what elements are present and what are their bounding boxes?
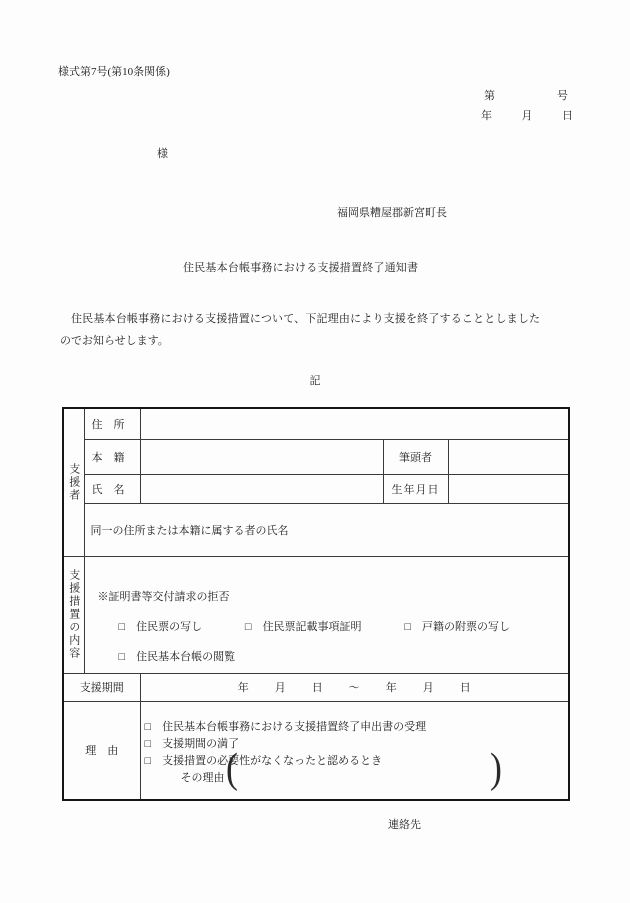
head-of-family-label: 筆頭者 — [383, 439, 448, 474]
table-row-name: 氏 名 生年月日 — [63, 474, 569, 503]
period-end-day: 日 — [460, 679, 471, 695]
form-number: 様式第7号(第10条関係) — [58, 63, 170, 79]
birthdate-label: 生年月日 — [383, 474, 448, 503]
measures-content-cell: ※証明書等交付請求の拒否 □住民票の写し □住民票記載事項証明 □戸籍の附票の写… — [84, 556, 569, 673]
birthdate-value-field[interactable] — [448, 474, 569, 503]
measures-heading: ※証明書等交付請求の拒否 — [98, 590, 563, 604]
head-of-family-value-field[interactable] — [448, 439, 569, 474]
date-month-label: 月 — [522, 107, 533, 123]
period-date-placeholders: 年 月 日 ～ 年 月 日 — [141, 674, 569, 701]
measures-checkbox-row-1: □住民票の写し □住民票記載事項証明 □戸籍の附票の写し — [98, 620, 563, 634]
measures-checkbox-row-2: □住民基本台帳の閲覧 — [98, 650, 563, 664]
table-row-domicile: 本 籍 筆頭者 — [63, 439, 569, 474]
checkbox-icon[interactable]: □ — [404, 620, 411, 634]
period-label: 支援期間 — [63, 673, 140, 701]
domicile-label-cell: 本 籍 — [84, 439, 140, 474]
table-row-period: 支援期間 年 月 日 ～ 年 月 日 — [63, 673, 569, 701]
measure-option-label: 住民基本台帳の閲覧 — [136, 651, 235, 663]
measure-option-label: 住民票記載事項証明 — [263, 621, 362, 633]
document-title: 住民基本台帳事務における支援措置終了通知書 — [183, 259, 418, 275]
ki-marker: 記 — [0, 372, 630, 388]
reason-label: 理 由 — [63, 701, 140, 800]
doc-number-suffix: 号 — [557, 87, 568, 103]
document-number-line: 第 号 — [484, 87, 568, 103]
period-value-cell[interactable]: 年 月 日 ～ 年 月 日 — [140, 673, 569, 701]
measure-option-fuhyo: □戸籍の附票の写し — [404, 621, 510, 633]
checkbox-icon[interactable]: □ — [119, 620, 126, 634]
checkbox-icon[interactable]: □ — [145, 719, 152, 736]
period-start-month: 月 — [275, 679, 286, 695]
table-row-reason: 理 由 □住民基本台帳事務における支援措置終了申出書の受理 □支援期間の満了 □… — [63, 701, 569, 800]
measure-option-label: 戸籍の附票の写し — [422, 621, 510, 633]
same-household-label: 同一の住所または本籍に属する者の氏名 — [91, 525, 289, 537]
same-household-cell[interactable]: 同一の住所または本籍に属する者の氏名 — [84, 503, 569, 556]
document-page: 様式第7号(第10条関係) 第 号 年 月 日 様 福岡県糟屋郡新宮町長 住民基… — [0, 0, 630, 903]
body-paragraph: 住民基本台帳事務における支援措置について、下記理由により支援を終了することとしま… — [60, 308, 540, 352]
reason-paren-close: ) — [490, 748, 502, 790]
contact-label: 連絡先 — [388, 816, 421, 832]
reason-option-label: 支援措置の必要性がなくなったと認めるとき — [162, 755, 382, 767]
table-row-measures: 支援措置の内容 ※証明書等交付請求の拒否 □住民票の写し □住民票記載事項証明 … — [63, 556, 569, 673]
domicile-value-field[interactable] — [140, 439, 383, 474]
period-start-day: 日 — [312, 679, 323, 695]
name-value-field[interactable] — [140, 474, 383, 503]
table-row-same-household: 同一の住所または本籍に属する者の氏名 — [63, 503, 569, 556]
reason-option-label: 住民基本台帳事務における支援措置終了申出書の受理 — [162, 721, 426, 733]
date-year-label: 年 — [481, 107, 492, 123]
doc-number-prefix: 第 — [484, 87, 495, 103]
addressee-honorific: 様 — [157, 145, 168, 161]
reason-content-cell: □住民基本台帳事務における支援措置終了申出書の受理 □支援期間の満了 □支援措置… — [140, 701, 569, 800]
reason-paren-open: ( — [226, 748, 238, 790]
period-start-year: 年 — [238, 679, 249, 695]
domicile-label: 本 籍 — [85, 449, 140, 465]
checkbox-icon[interactable]: □ — [145, 753, 152, 770]
measure-option-kisaijiko: □住民票記載事項証明 — [245, 621, 362, 633]
address-label-cell: 住 所 — [84, 408, 140, 439]
period-tilde: ～ — [349, 679, 360, 695]
date-line: 年 月 日 — [481, 107, 573, 123]
supporter-vertical-label: 支援者 — [63, 408, 84, 556]
address-label: 住 所 — [85, 416, 140, 432]
measure-option-etsuran: □住民基本台帳の閲覧 — [119, 651, 236, 663]
reason-option-juri: □住民基本台帳事務における支援措置終了申出書の受理 — [145, 719, 565, 736]
table-row-address: 支援者 住 所 — [63, 408, 569, 439]
checkbox-icon[interactable]: □ — [245, 620, 252, 634]
period-end-month: 月 — [423, 679, 434, 695]
checkbox-icon[interactable]: □ — [119, 650, 126, 664]
date-day-label: 日 — [562, 107, 573, 123]
address-value-field[interactable] — [140, 408, 569, 439]
measure-option-juminhyo: □住民票の写し — [119, 621, 203, 633]
form-table: 支援者 住 所 本 籍 筆頭者 氏 名 生年月日 同一の住所または本籍に属する者… — [62, 407, 570, 801]
measures-vertical-label: 支援措置の内容 — [63, 556, 84, 673]
name-label: 氏 名 — [85, 481, 140, 497]
checkbox-icon[interactable]: □ — [145, 736, 152, 753]
sender-name: 福岡県糟屋郡新宮町長 — [337, 204, 447, 220]
name-label-cell: 氏 名 — [84, 474, 140, 503]
period-end-year: 年 — [386, 679, 397, 695]
measure-option-label: 住民票の写し — [136, 621, 202, 633]
